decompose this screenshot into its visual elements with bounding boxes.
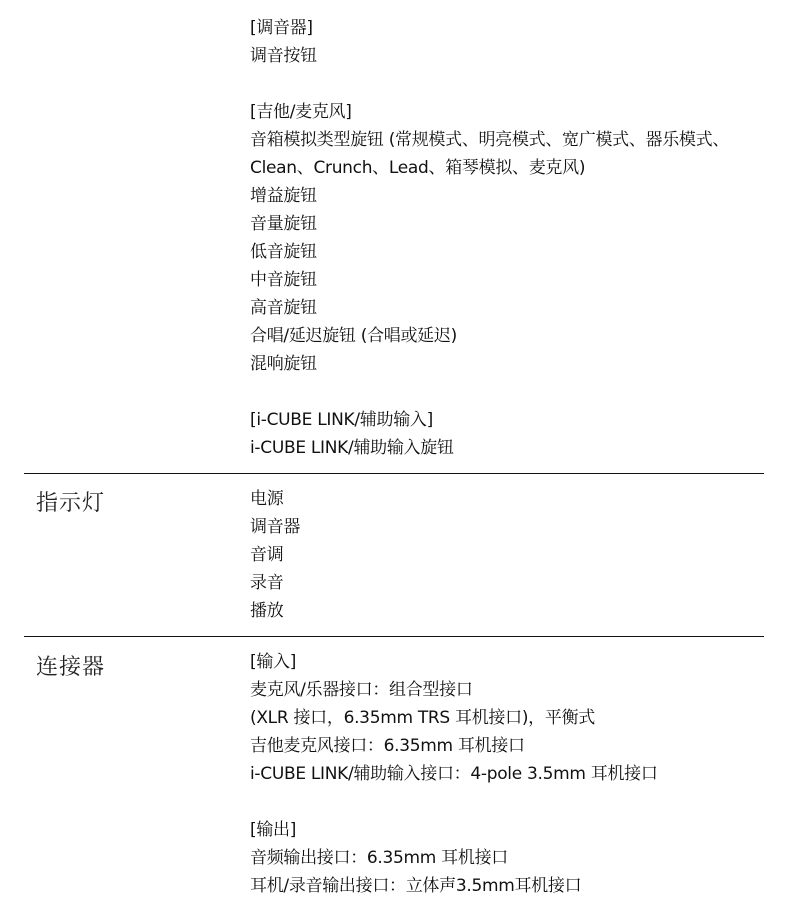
treble-knob-item: 高音旋钮 xyxy=(250,294,317,322)
indicator-record: 录音 xyxy=(250,569,283,597)
mic-inst-jack-detail: (XLR 接口，6.35mm TRS 耳机接口)，平衡式 xyxy=(250,704,595,732)
section-divider xyxy=(24,473,764,474)
icube-heading: [i-CUBE LINK/辅助输入] xyxy=(250,406,433,434)
indicator-power: 电源 xyxy=(250,485,283,513)
icube-aux-jack-item: i-CUBE LINK/辅助输入接口：4-pole 3.5mm 耳机接口 xyxy=(250,760,658,788)
icube-knob-item: i-CUBE LINK/辅助输入旋钮 xyxy=(250,434,454,462)
reverb-knob-item: 混响旋钮 xyxy=(250,350,317,378)
output-heading: [输出] xyxy=(250,816,296,844)
gain-knob-item: 增益旋钮 xyxy=(250,182,317,210)
section-divider xyxy=(24,636,764,637)
middle-knob-item: 中音旋钮 xyxy=(250,266,317,294)
audio-out-jack-item: 音频输出接口：6.35mm 耳机接口 xyxy=(250,844,508,872)
tuner-heading: [调音器] xyxy=(250,14,313,42)
amp-type-knob-item-cont: Clean、Crunch、Lead、箱琴模拟、麦克风) xyxy=(250,154,585,182)
indicators-label: 指示灯 xyxy=(36,486,105,517)
indicator-play: 播放 xyxy=(250,597,283,625)
mic-inst-jack-item: 麦克风/乐器接口：组合型接口 xyxy=(250,676,473,704)
tuner-button-item: 调音按钮 xyxy=(250,42,317,70)
guitar-mic-heading: [吉他/麦克风] xyxy=(250,98,352,126)
volume-knob-item: 音量旋钮 xyxy=(250,210,317,238)
bass-knob-item: 低音旋钮 xyxy=(250,238,317,266)
guitar-mic-jack-item: 吉他麦克风接口：6.35mm 耳机接口 xyxy=(250,732,525,760)
indicator-tuner: 调音器 xyxy=(250,513,300,541)
amp-type-knob-item: 音箱模拟类型旋钮 (常规模式、明亮模式、宽广模式、器乐模式、 xyxy=(250,126,729,154)
input-heading: [输入] xyxy=(250,648,296,676)
connectors-label: 连接器 xyxy=(36,650,105,681)
chorus-delay-knob-item: 合唱/延迟旋钮 (合唱或延迟) xyxy=(250,322,457,350)
indicator-key: 音调 xyxy=(250,541,283,569)
phones-rec-out-jack-item: 耳机/录音输出接口：立体声3.5mm耳机接口 xyxy=(250,872,581,900)
